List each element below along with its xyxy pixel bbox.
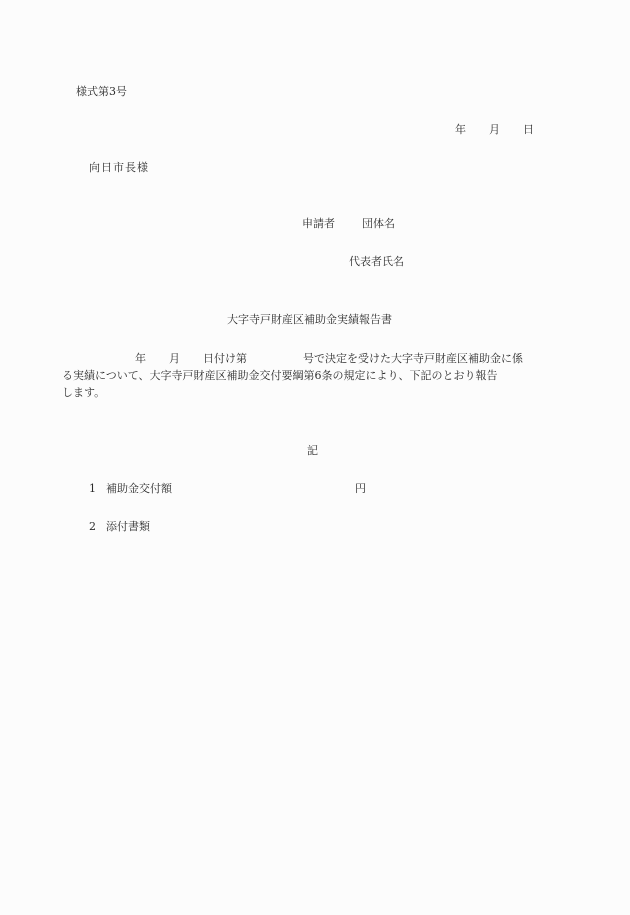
item-subsidy-unit: 円 [355,483,366,494]
date-line: 年月日 [455,124,534,135]
body-day-label: 日付け第 [203,350,247,367]
date-day-label: 日 [523,124,534,135]
item-label: 添付書類 [106,521,150,532]
body-line-2: る実績について、大字寺戸財産区補助金交付要綱第6条の規定により、下記のとおり報告 [62,367,552,384]
body-line-3: します。 [62,384,552,401]
body-year-label: 年 [135,350,169,367]
form-number: 様式第3号 [76,86,127,97]
applicant-label: 申請者 [302,218,362,229]
body-paragraph: 年月日付け第号で決定を受けた大字寺戸財産区補助金に係 る実績について、大字寺戸財… [62,350,552,401]
body-line-1: 年月日付け第号で決定を受けた大字寺戸財産区補助金に係 [62,350,552,367]
addressee: 向日市長様 [89,162,149,173]
date-year-label: 年 [455,124,489,135]
item-number: 1 [89,483,106,494]
item-number: 2 [89,521,106,532]
ki-heading: 記 [307,445,318,456]
body-line-1-text: 号で決定を受けた大字寺戸財産区補助金に係 [303,350,523,367]
date-month-label: 月 [489,124,523,135]
representative-label: 代表者氏名 [349,256,404,267]
document-title: 大字寺戸財産区補助金実績報告書 [227,314,392,325]
organization-label: 団体名 [362,217,395,230]
item-attachments: 2添付書類 [89,521,150,532]
item-label: 補助金交付額 [106,483,172,494]
applicant-organization-row: 申請者団体名 [302,218,395,229]
item-subsidy-amount: 1補助金交付額 [89,483,172,494]
body-month-label: 月 [169,350,203,367]
